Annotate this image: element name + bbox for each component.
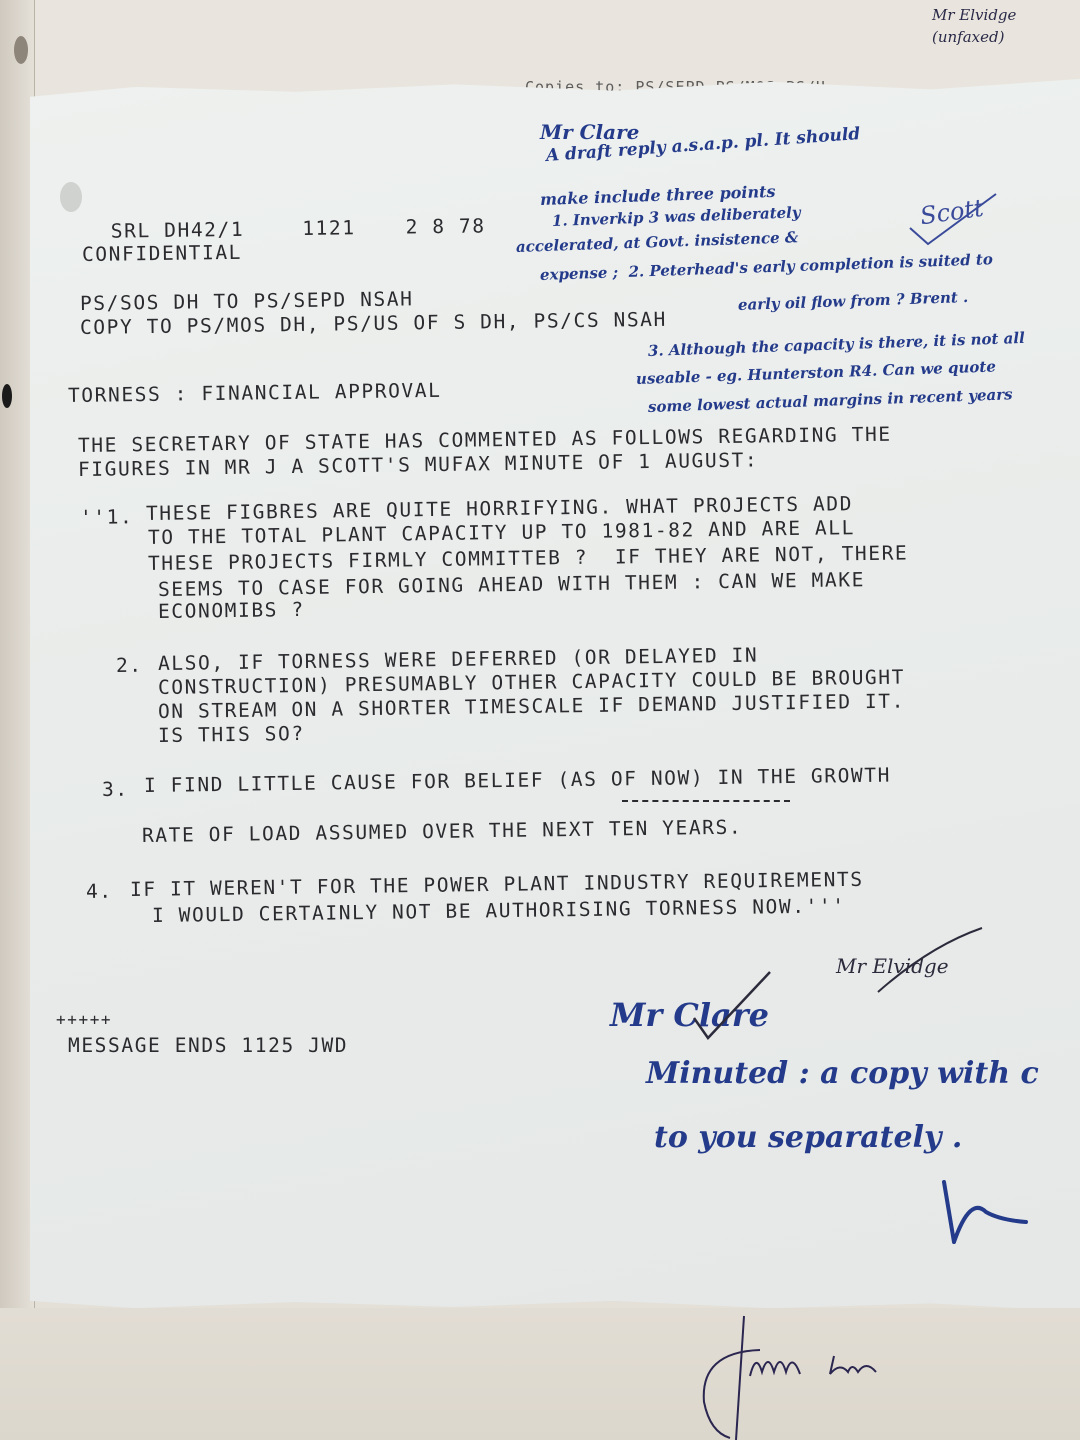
point-2-line-4: IS THIS SO? (158, 722, 305, 748)
bottom-note-line-1: Minuted : a copy with c (646, 1056, 1039, 1091)
classification: CONFIDENTIAL (82, 241, 242, 267)
initials-signature-icon (930, 1176, 1040, 1256)
punch-hole (60, 182, 82, 212)
point-1-number: ''1. (80, 505, 134, 530)
binder-edge (0, 0, 35, 1440)
telex-ref: SRL DH42/1 (111, 218, 245, 243)
end-marker: +++++ (56, 1008, 112, 1032)
corner-handwritten-note: Mr Elvidge (unfaxed) (932, 4, 1072, 48)
as-of-now-underline (622, 800, 790, 802)
binder-clip (2, 384, 12, 408)
point-3-number: 3. (102, 778, 129, 802)
punch-hole (14, 36, 28, 64)
telex-header: SRL DH42/111212 8 78 (84, 190, 486, 244)
point-1-line-5: ECONOMIBS ? (158, 598, 305, 624)
corner-note-line-2: (unfaxed) (932, 26, 1072, 48)
message-ends-line: MESSAGE ENDS 1125 JWD (68, 1034, 348, 1058)
tick-mark-icon (900, 186, 1010, 250)
bottom-note-line-2: to you separately . (654, 1120, 962, 1155)
point-4-number: 4. (86, 880, 113, 904)
tick-mark-icon (690, 966, 780, 1046)
point-2-number: 2. (116, 654, 143, 678)
strike-through-mark (870, 926, 990, 1006)
telex-time: 1121 (302, 216, 356, 240)
james-scott-signature (680, 1312, 920, 1440)
corner-note-line-1: Mr Elvidge (932, 4, 1072, 26)
telex-date: 2 8 78 (405, 214, 485, 238)
